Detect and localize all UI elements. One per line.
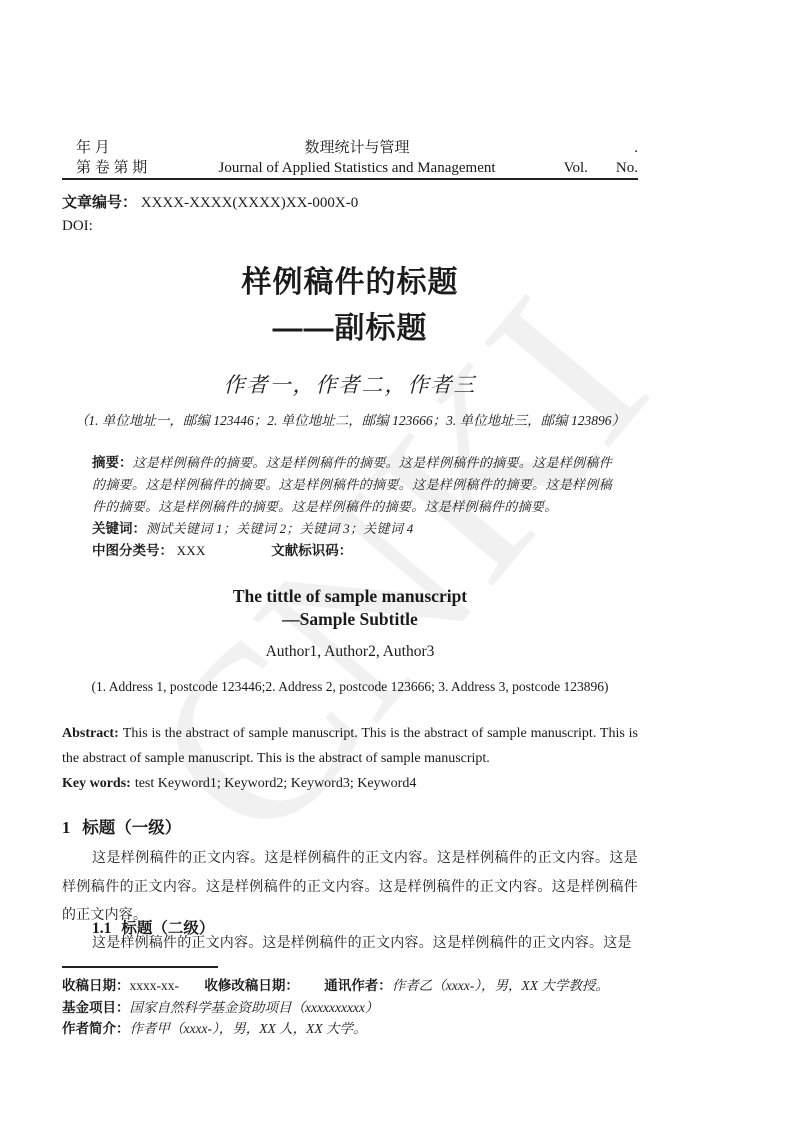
footnote-divider (62, 966, 218, 968)
header-date: 年 月 (62, 136, 217, 157)
keywords-label-en: Key words: (62, 776, 131, 791)
author-bio-value: 作者甲（xxxx-），男，XX 人，XX 大学。 (130, 1021, 367, 1036)
header-row-2: 第 卷 第 期 Journal of Applied Statistics an… (62, 156, 638, 176)
corresponding-author-value: 作者乙（xxxx-），男，XX 大学教授。 (392, 978, 609, 993)
subtitle-en: —Sample Subtitle (62, 608, 638, 631)
abstract-en: Abstract:This is the abstract of sample … (62, 721, 638, 771)
corresponding-author-label: 通讯作者： (324, 978, 392, 993)
title-en: The tittle of sample manuscript (62, 585, 638, 608)
journal-title-zh: 数理统计与管理 (217, 136, 498, 157)
author-bio-label: 作者简介： (62, 1021, 130, 1036)
abstract-block-zh: 摘要：这是样例稿件的摘要。这是样例稿件的摘要。这是样例稿件的摘要。这是样例稿件的… (92, 452, 612, 562)
article-number-line: 文章编号： XXXX-XXXX(XXXX)XX-000X-0 (62, 191, 638, 215)
keywords-label-zh: 关键词： (92, 521, 146, 536)
affiliation-en: (1. Address 1, postcode 123446;2. Addres… (62, 679, 638, 695)
abstract-zh: 摘要：这是样例稿件的摘要。这是样例稿件的摘要。这是样例稿件的摘要。这是样例稿件的… (92, 452, 612, 518)
section-number-1: 1 (62, 818, 70, 837)
subtitle-zh: ——副标题 (62, 311, 638, 347)
keywords-line-zh: 关键词：测试关键词 1；关键词 2；关键词 3；关键词 4 (92, 518, 612, 540)
clc-value: XXX (177, 543, 206, 558)
keywords-en: test Keyword1; Keyword2; Keyword3; Keywo… (135, 776, 417, 791)
abstract-text-en: This is the abstract of sample manuscrip… (62, 726, 638, 766)
abstract-text-zh: 这是样例稿件的摘要。这是样例稿件的摘要。这是样例稿件的摘要。这是样例稿件的摘要。… (92, 455, 612, 514)
body-paragraph-2: 这是样例稿件的正文内容。这是样例稿件的正文内容。这是样例稿件的正文内容。这是 (62, 933, 638, 954)
title-zh: 样例稿件的标题 (62, 265, 638, 301)
clc-label: 中图分类号： (92, 543, 173, 558)
revised-date-label: 收修改稿日期： (204, 978, 299, 993)
footnote-line-1: 收稿日期：xxxx-xx- 收修改稿日期： 通讯作者：作者乙（xxxx-），男，… (62, 975, 638, 997)
journal-title-en: Journal of Applied Statistics and Manage… (217, 160, 498, 177)
fund-value: 国家自然科学基金资助项目（xxxxxxxxxx） (130, 1000, 379, 1015)
authors-zh: 作者一，作者二，作者三 (62, 371, 638, 399)
section-heading-1: 1标题（一级） (62, 814, 638, 838)
header-issue: 第 卷 第 期 (62, 156, 217, 177)
header-row-1: 年 月 数理统计与管理 . (62, 136, 638, 156)
clc-line: 中图分类号： XXX 文献标识码： (92, 540, 612, 562)
header-dot: . (634, 140, 638, 157)
no-label: No. (616, 160, 638, 177)
keywords-zh: 测试关键词 1；关键词 2；关键词 3；关键词 4 (146, 521, 414, 536)
received-date-label: 收稿日期： (62, 978, 130, 993)
fund-label: 基金项目： (62, 1000, 130, 1015)
footnote-line-3: 作者简介：作者甲（xxxx-），男，XX 人，XX 大学。 (62, 1018, 638, 1040)
manuscript-page: CNKI 年 月 数理统计与管理 . 第 卷 第 期 Journal of Ap… (0, 0, 794, 1123)
journal-header: 年 月 数理统计与管理 . 第 卷 第 期 Journal of Applied… (62, 136, 638, 180)
authors-en: Author1, Author2, Author3 (62, 643, 638, 661)
vol-label: Vol. (564, 160, 588, 177)
abstract-label-en: Abstract: (62, 726, 119, 741)
affiliation-zh: （1. 单位地址一，邮编 123446；2. 单位地址二，邮编 123666；3… (62, 411, 638, 431)
article-number-value: XXXX-XXXX(XXXX)XX-000X-0 (141, 195, 358, 211)
received-date-value: xxxx-xx- (130, 978, 180, 993)
article-number-label: 文章编号： (62, 194, 137, 211)
section-title-1: 标题（一级） (82, 819, 181, 837)
keywords-line-en: Key words:test Keyword1; Keyword2; Keywo… (62, 771, 638, 796)
article-meta: 文章编号： XXXX-XXXX(XXXX)XX-000X-0 DOI: (62, 191, 638, 238)
doc-code-label: 文献标识码： (271, 543, 352, 558)
footnote-line-2: 基金项目：国家自然科学基金资助项目（xxxxxxxxxx） (62, 997, 638, 1019)
doi-line: DOI: (62, 215, 638, 238)
footnote-block: 收稿日期：xxxx-xx- 收修改稿日期： 通讯作者：作者乙（xxxx-），男，… (62, 975, 638, 1040)
abstract-block-en: Abstract:This is the abstract of sample … (62, 721, 638, 796)
header-rule (62, 178, 638, 180)
abstract-label-zh: 摘要： (92, 455, 133, 470)
title-block-en: The tittle of sample manuscript —Sample … (62, 585, 638, 631)
doi-label: DOI: (62, 218, 93, 234)
